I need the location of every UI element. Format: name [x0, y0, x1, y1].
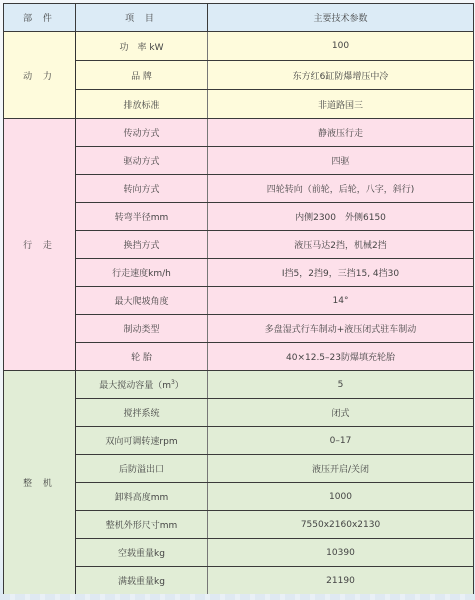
header-row: 部 件 项 目 主要技术参数 — [4, 4, 474, 32]
header-item: 项 目 — [76, 4, 208, 32]
spec-table: 部 件 项 目 主要技术参数 动 力 功 率 kW 100 品 牌 东方红6缸防… — [3, 3, 474, 595]
row-item: 制动类型 — [76, 315, 208, 343]
row-value: 内侧2300 外侧6150 — [208, 203, 474, 231]
row-item: 驱动方式 — [76, 147, 208, 175]
row-item: 传动方式 — [76, 119, 208, 147]
row-item: 满载重量kg — [76, 567, 208, 595]
row-item: 搅拌系统 — [76, 399, 208, 427]
item-suffix: ） — [175, 381, 184, 391]
row-item: 轮 胎 — [76, 343, 208, 371]
row-item: 转弯半径mm — [76, 203, 208, 231]
row-value: 100 — [208, 32, 474, 61]
row-value: 闭式 — [208, 399, 474, 427]
row-item: 行走速度km/h — [76, 259, 208, 287]
table-row: 整 机 最大搅动容量（m3） 5 — [4, 371, 474, 399]
row-value: 21190 — [208, 567, 474, 595]
row-value: 14° — [208, 287, 474, 315]
row-item: 空载重量kg — [76, 539, 208, 567]
row-item: 双向可调转速rpm — [76, 427, 208, 455]
table-row: 行 走 传动方式 静液压行走 — [4, 119, 474, 147]
row-value: 液压马达2挡，机械2挡 — [208, 231, 474, 259]
row-value: 四驱 — [208, 147, 474, 175]
row-item: 整机外形尺寸mm — [76, 511, 208, 539]
row-item: 后防溢出口 — [76, 455, 208, 483]
row-value: 10390 — [208, 539, 474, 567]
row-value: I挡5，2挡9，三挡15, 4挡30 — [208, 259, 474, 287]
row-value: 东方红6缸防爆增压中冷 — [208, 61, 474, 90]
table-row: 动 力 功 率 kW 100 — [4, 32, 474, 61]
row-item: 功 率 kW — [76, 32, 208, 61]
row-value: 1000 — [208, 483, 474, 511]
row-value: 40×12.5–23防爆填充轮胎 — [208, 343, 474, 371]
item-prefix: 最大搅动容量（m — [99, 381, 171, 391]
row-value: 四轮转向（前轮，后轮，八字，斜行) — [208, 175, 474, 203]
row-value: 多盘湿式行车制动+液压闭式驻车制动 — [208, 315, 474, 343]
row-item: 品 牌 — [76, 61, 208, 90]
background-band — [0, 594, 475, 600]
row-item: 最大爬坡角度 — [76, 287, 208, 315]
row-item: 转向方式 — [76, 175, 208, 203]
header-component: 部 件 — [4, 4, 76, 32]
section-label-travel: 行 走 — [4, 119, 76, 371]
row-item: 卸料高度mm — [76, 483, 208, 511]
row-value: 5 — [208, 371, 474, 399]
row-value: 静液压行走 — [208, 119, 474, 147]
row-value: 7550x2160x2130 — [208, 511, 474, 539]
row-value: 非道路国三 — [208, 90, 474, 119]
row-item: 换挡方式 — [76, 231, 208, 259]
row-item: 排放标准 — [76, 90, 208, 119]
row-item: 最大搅动容量（m3） — [76, 371, 208, 399]
header-params: 主要技术参数 — [208, 4, 474, 32]
row-value: 0–17 — [208, 427, 474, 455]
section-label-power: 动 力 — [4, 32, 76, 119]
section-label-whole: 整 机 — [4, 371, 76, 595]
row-value: 液压开启/关闭 — [208, 455, 474, 483]
